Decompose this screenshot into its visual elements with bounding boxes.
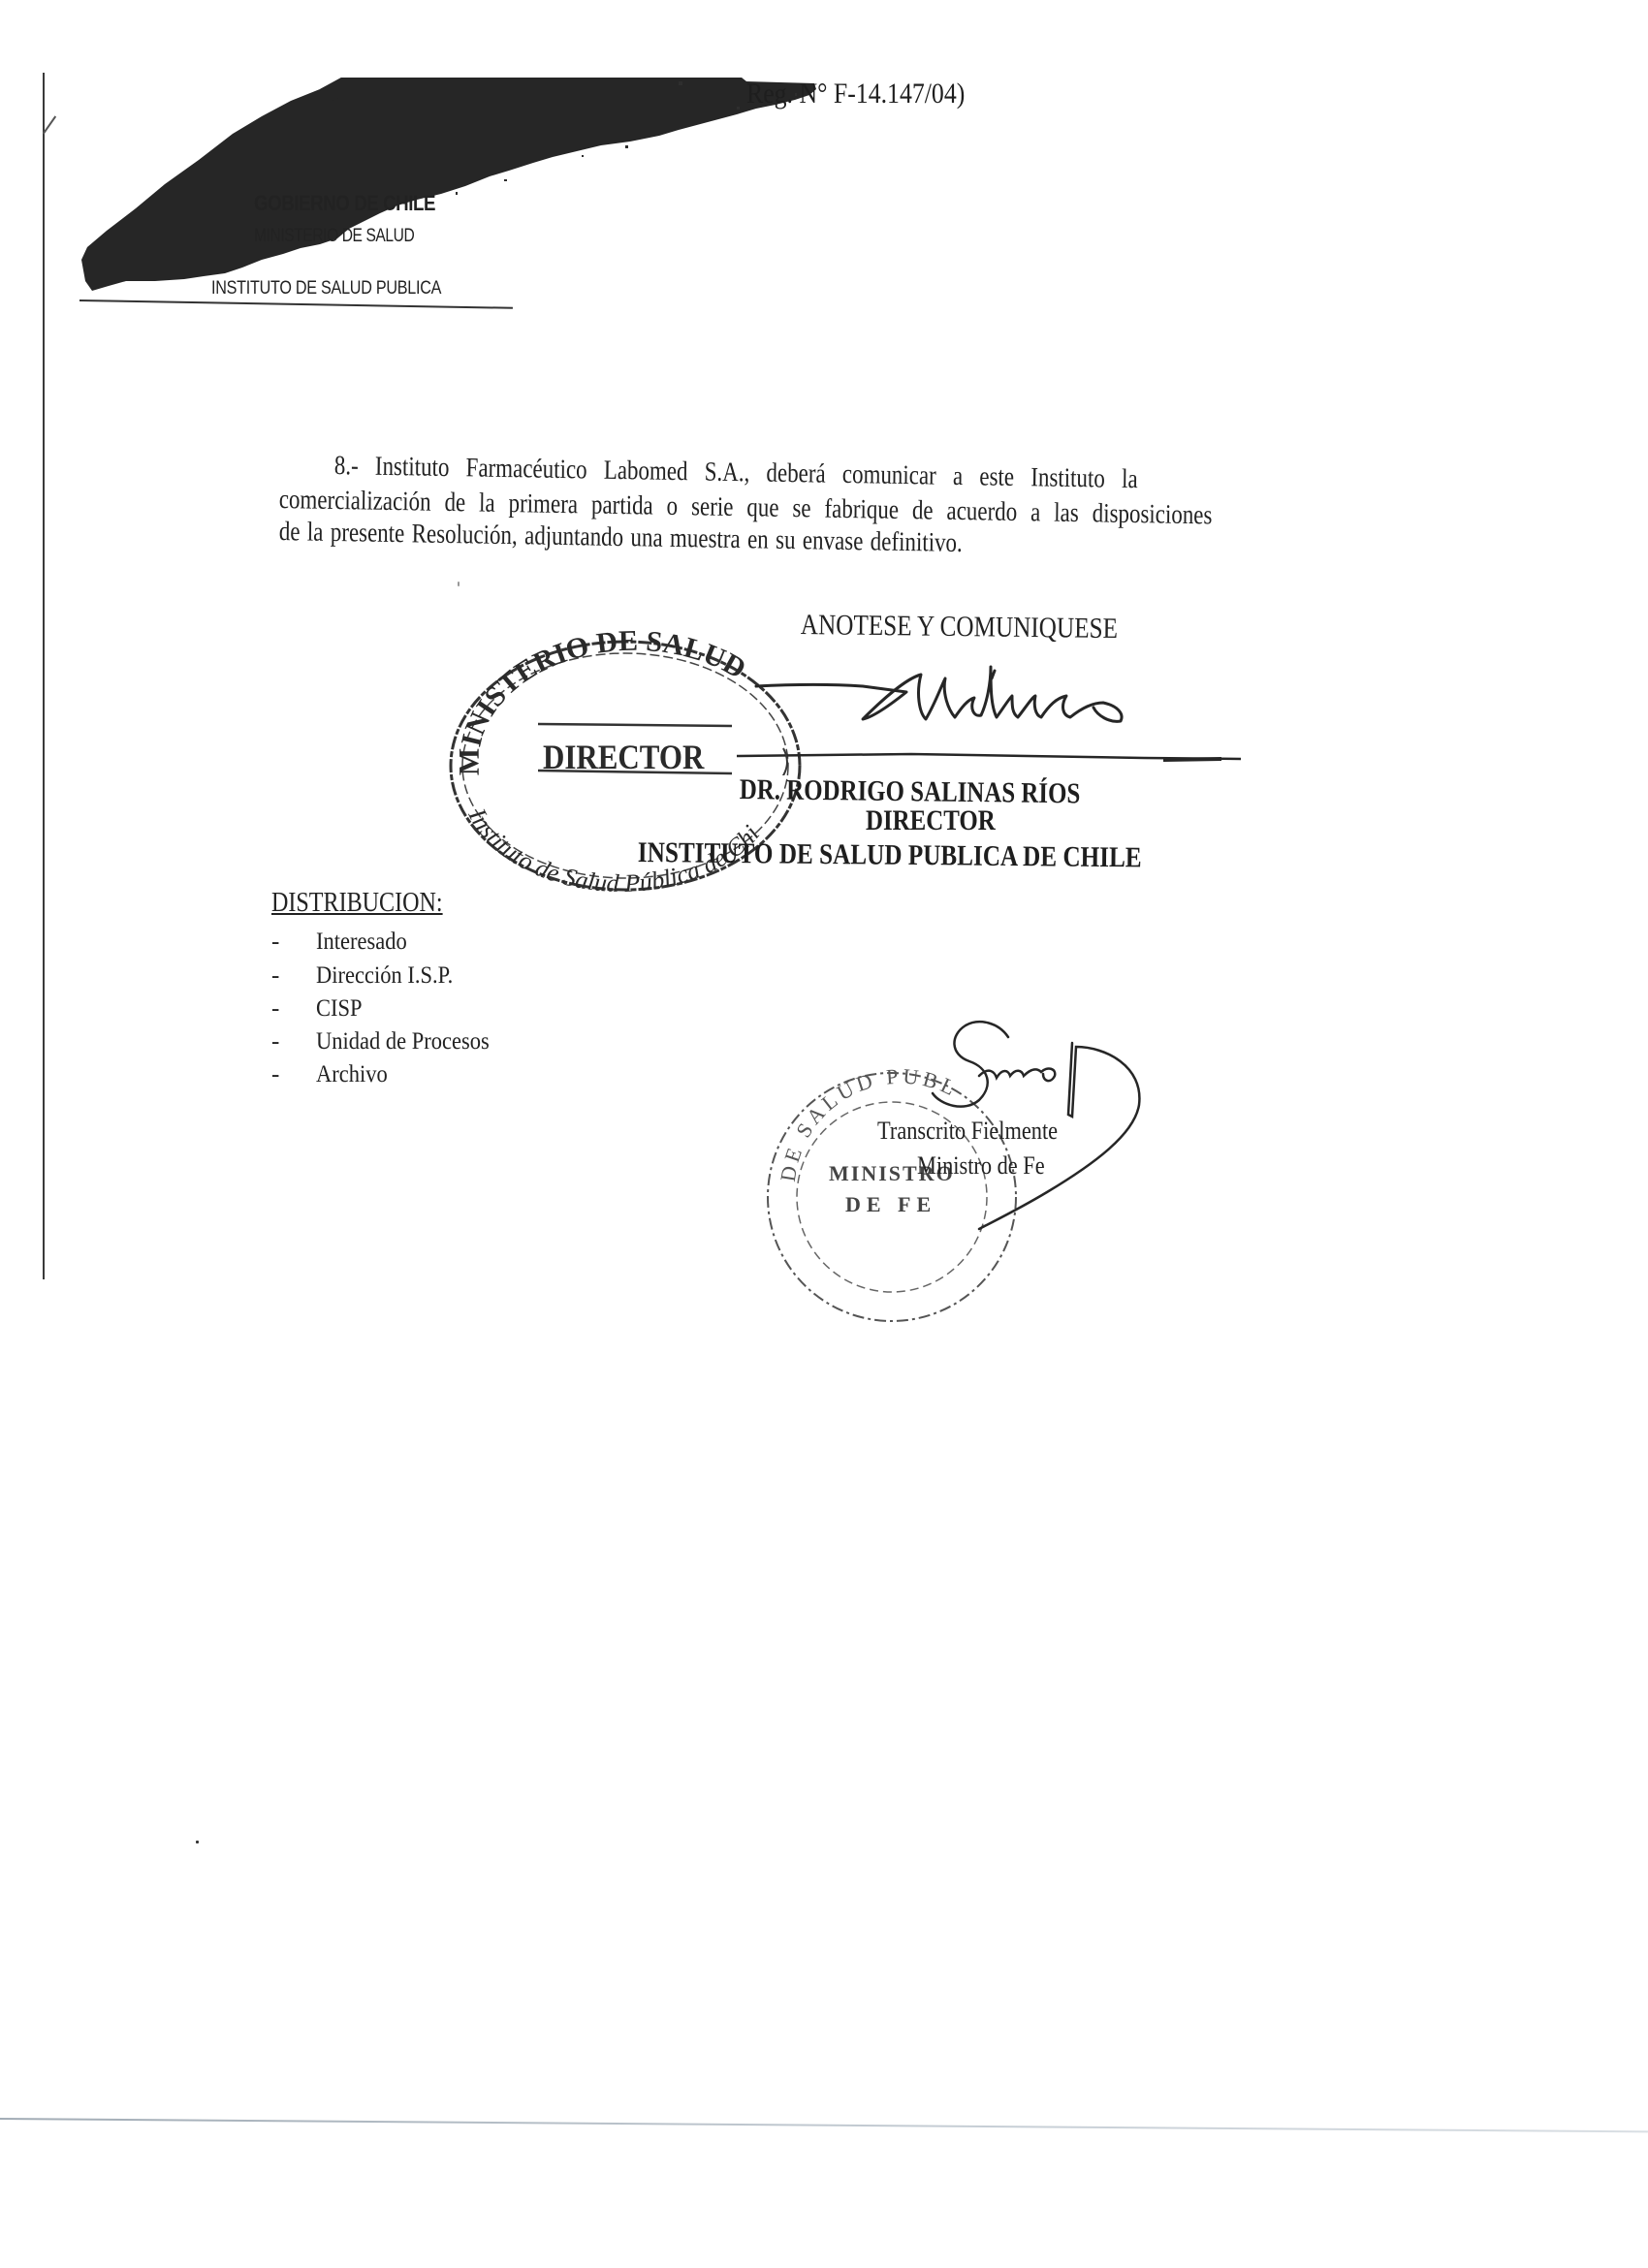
distribution-item: -Unidad de Procesos xyxy=(271,1028,509,1055)
bullet-dash: - xyxy=(271,995,316,1023)
bullet-dash: - xyxy=(271,1061,316,1088)
director-signature xyxy=(737,649,1280,775)
distribution-heading: DISTRIBUCION: xyxy=(271,888,443,919)
distribution-item: -Interesado xyxy=(271,929,417,956)
signer-title: DIRECTOR xyxy=(866,804,996,837)
bullet-dash: - xyxy=(271,1028,316,1055)
certification-line-2: Ministro de Fe xyxy=(917,1151,1045,1181)
distribution-item-label: Unidad de Procesos xyxy=(316,1028,490,1055)
institute-label: INSTITUTO DE SALUD PUBLICA xyxy=(211,278,441,299)
distribution-item-label: CISP xyxy=(316,995,363,1023)
binding-edge-line xyxy=(43,73,45,1279)
stamp-center-text: DIRECTOR xyxy=(543,737,704,777)
closing-formula: ANOTESE Y COMUNIQUESE xyxy=(801,609,1118,646)
certification-line-1: Transcrito Fielmente xyxy=(877,1117,1058,1146)
distribution-item-label: Dirección I.S.P. xyxy=(316,962,453,990)
registration-number: Reg. N° F-14.147/04) xyxy=(746,78,965,110)
government-label: GOBIERNO DE CHILE xyxy=(254,191,435,216)
distribution-item: -Archivo xyxy=(271,1061,396,1088)
scan-artifact-line xyxy=(0,2118,1648,2132)
signer-organization: INSTITUTO DE SALUD PUBLICA DE CHILE xyxy=(638,836,1142,874)
distribution-item: -CISP xyxy=(271,995,367,1023)
distribution-item-label: Interesado xyxy=(316,929,407,956)
scan-speck xyxy=(196,1841,199,1843)
letterhead-underline xyxy=(79,299,513,309)
bullet-dash: - xyxy=(271,929,316,956)
bullet-dash: - xyxy=(271,962,316,990)
ministry-label: MINISTERIO DE SALUD xyxy=(254,226,414,247)
distribution-item-label: Archivo xyxy=(316,1061,388,1088)
scan-mark xyxy=(43,115,56,134)
distribution-item: -Dirección I.S.P. xyxy=(271,962,468,990)
scan-speck xyxy=(458,582,460,586)
